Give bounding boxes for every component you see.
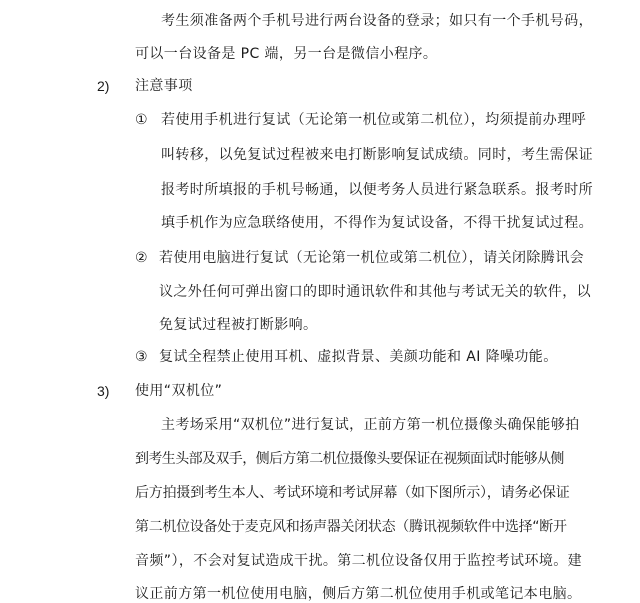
item-3-marker: ③ <box>135 348 148 366</box>
intro-line-1: 考生须准备两个手机号进行两台设备的登录；如只有一个手机号码， <box>161 12 593 30</box>
section-3-line-5: 音频”），不会对复试造成干扰。第二机位设备仅用于监控考试环境。建 <box>135 552 582 570</box>
intro-line-2: 可以一台设备是 PC 端，另一台是微信小程序。 <box>135 45 437 63</box>
item-1-line-1: 若使用手机进行复试（无论第一机位或第二机位），均须提前办理呼 <box>161 111 586 129</box>
section-3-number: 3) <box>97 382 109 400</box>
item-2-line-2: 议之外任何可弹出窗口的即时通讯软件和其他与考试无关的软件，以 <box>159 283 591 301</box>
item-1-marker: ① <box>135 111 148 129</box>
section-3-line-4: 第二机位设备处于麦克风和扬声器关闭状态（腾讯视频软件中选择“断开 <box>135 518 567 536</box>
section-3-line-1: 主考场采用“双机位”进行复试，正前方第一机位摄像头确保能够拍 <box>161 416 580 434</box>
section-2-title: 注意事项 <box>135 77 193 95</box>
section-3-line-2: 到考生头部及双手，侧后方第二机位摄像头要保证在视频面试时能够从侧 <box>135 450 564 468</box>
item-1-line-2: 叫转移，以免复试过程被来电打断影响复试成绩。同时，考生需保证 <box>161 146 593 164</box>
section-2-number: 2) <box>97 77 109 95</box>
item-2-line-3: 免复试过程被打断影响。 <box>159 316 317 334</box>
section-3-title: 使用“双机位” <box>135 382 222 400</box>
item-2-line-1: 若使用电脑进行复试（无论第一机位或第二机位），请关闭除腾讯会 <box>159 249 584 267</box>
item-2-marker: ② <box>135 249 148 267</box>
section-3-line-3: 后方拍摄到考生本人、考试环境和考试屏幕（如下图所示），请务必保证 <box>135 484 570 502</box>
item-1-line-3: 报考时所填报的手机号畅通，以便考务人员进行紧急联系。报考时所 <box>161 181 593 199</box>
item-1-line-4: 填手机作为应急联络使用，不得作为复试设备，不得干扰复试过程。 <box>161 214 593 232</box>
section-3-line-6: 议正前方第一机位使用电脑，侧后方第二机位使用手机或笔记本电脑。 <box>135 585 581 603</box>
item-3-line-1: 复试全程禁止使用耳机、虚拟背景、美颜功能和 AI 降噪功能。 <box>159 348 558 366</box>
